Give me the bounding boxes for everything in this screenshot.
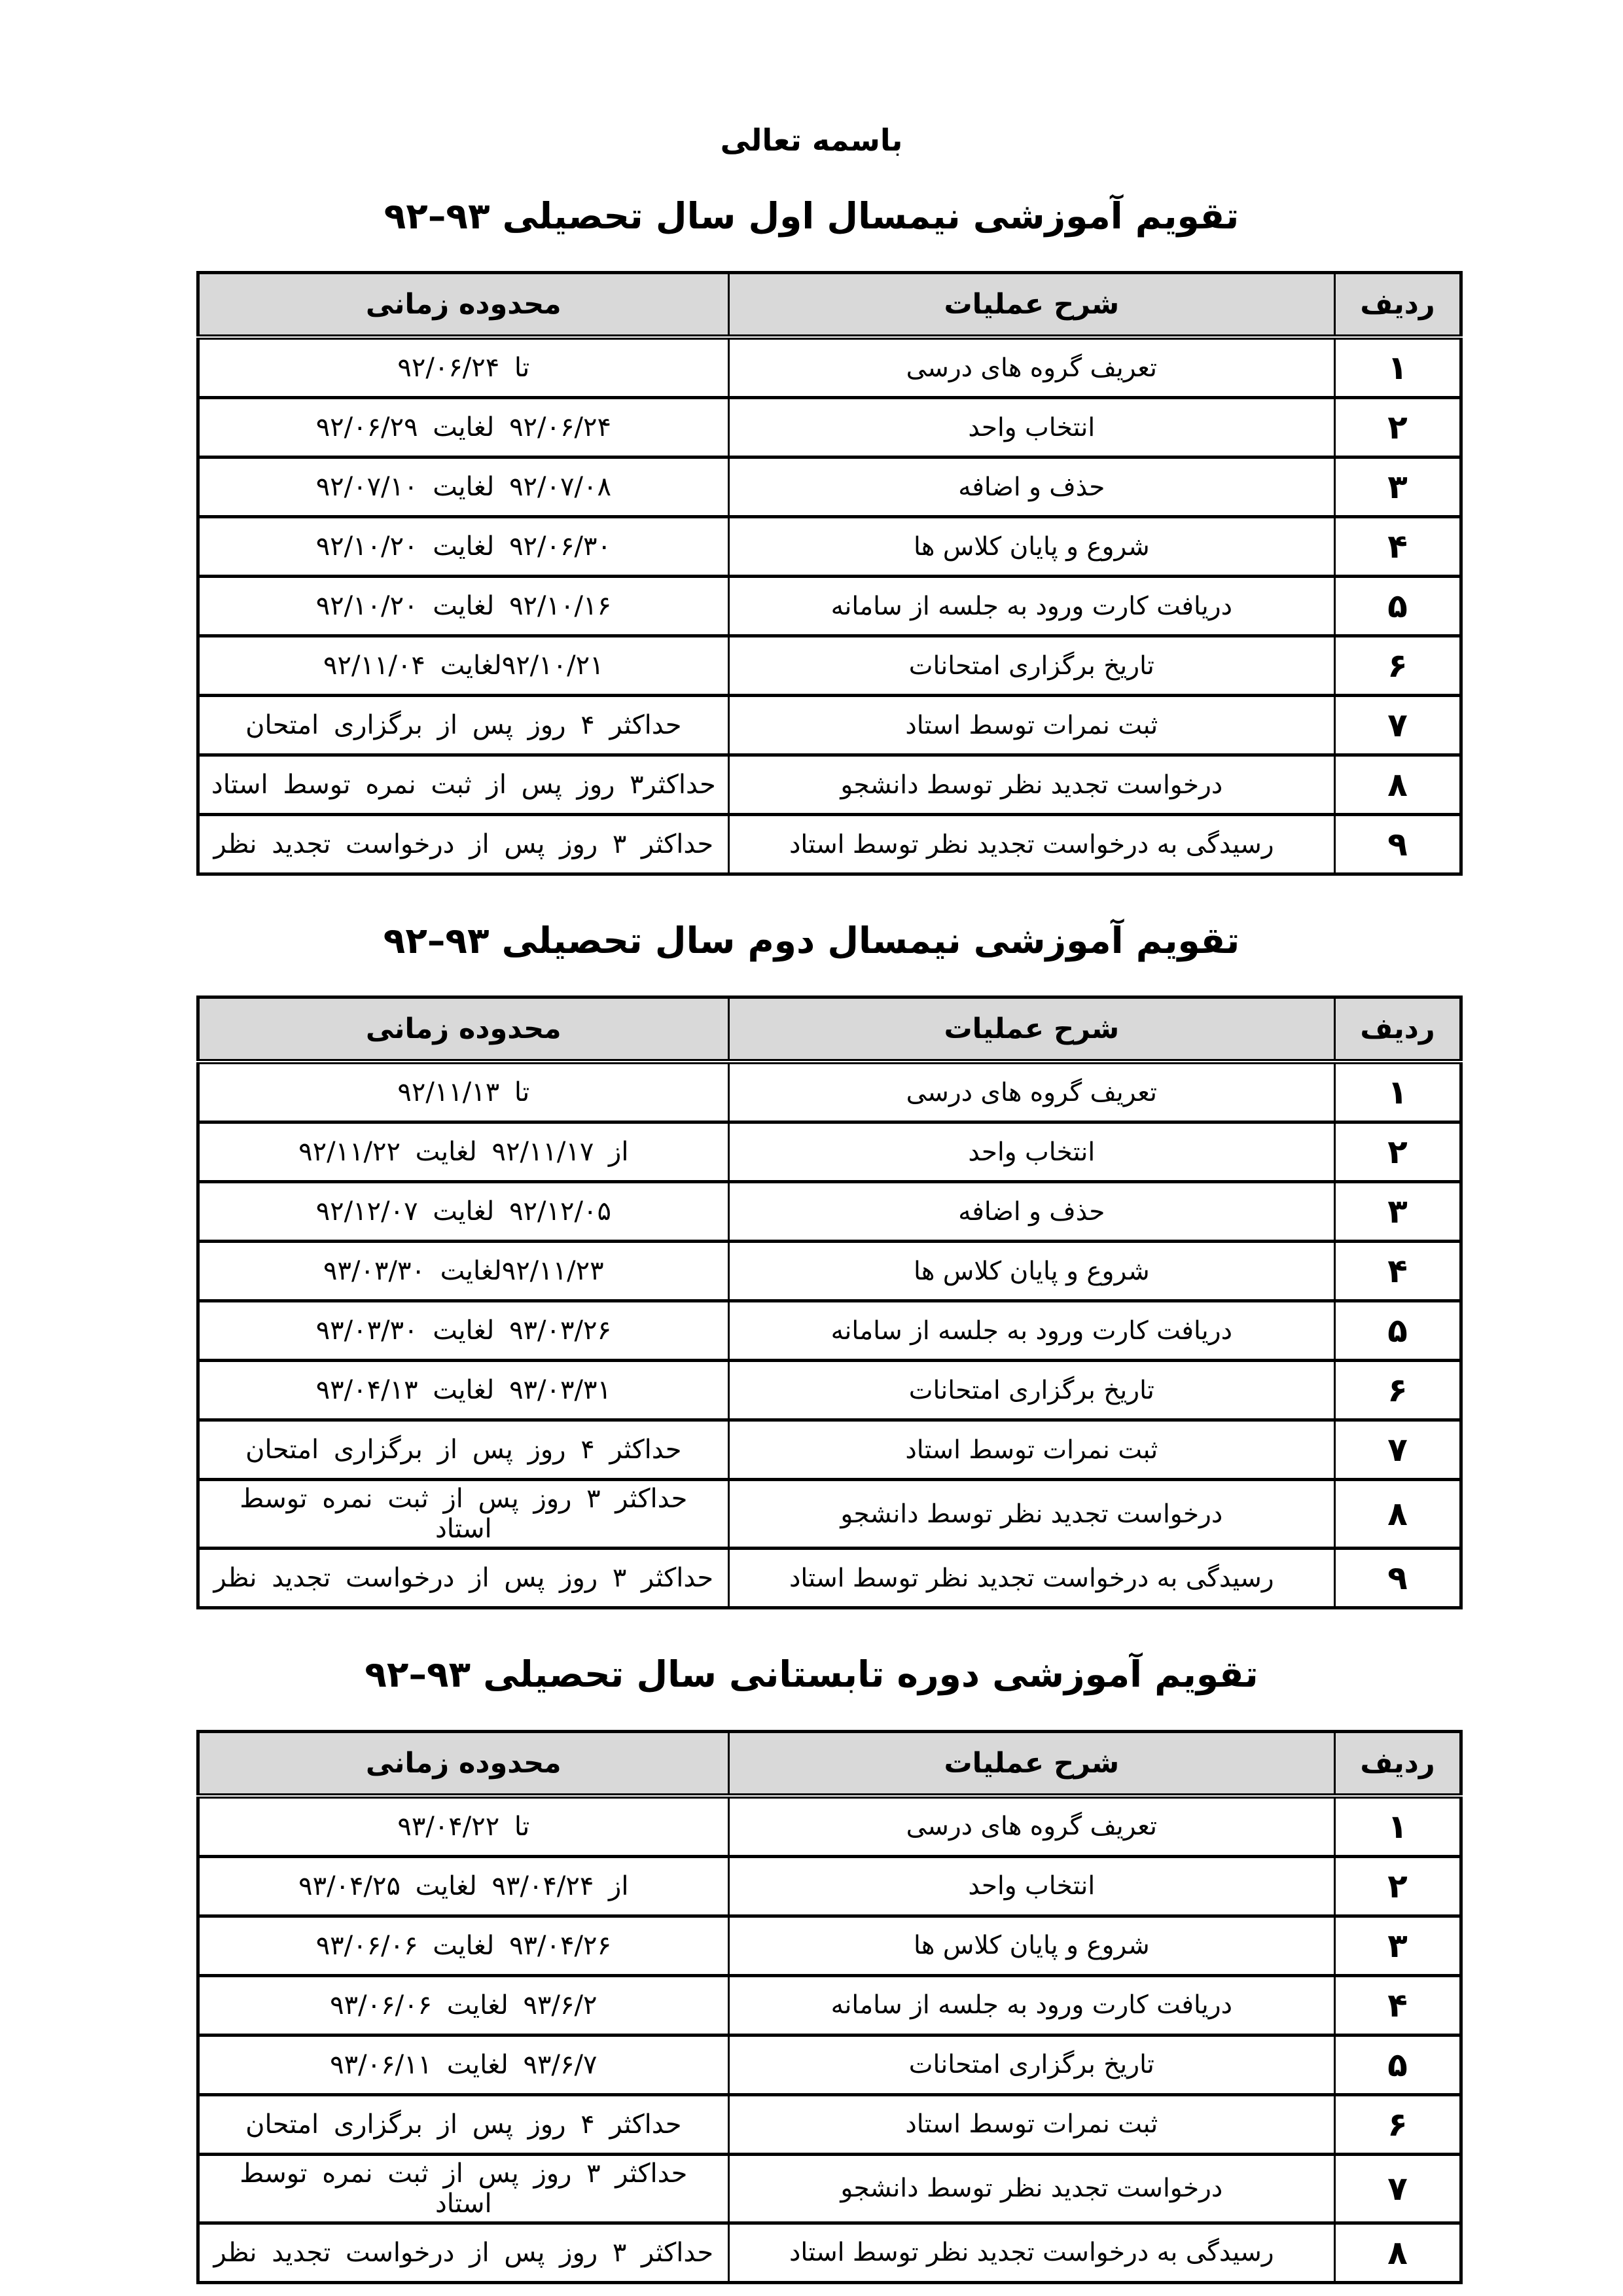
time-cell: ۹۳/۰۳/۲۶ لغایت ۹۳/۰۳/۳۰ <box>198 1301 729 1361</box>
time-cell: ۹۲/۱۰/۱۶ لغایت ۹۲/۱۰/۲۰ <box>198 577 729 636</box>
row-number-cell: ۸ <box>1335 2223 1461 2282</box>
table-row: ۲ انتخاب واحد از ۹۳/۰۴/۲۴ لغایت ۹۳/۰۴/۲۵ <box>198 1856 1461 1916</box>
row-number-cell: ۲ <box>1335 1122 1461 1182</box>
time-cell: ۹۲/۱۲/۰۵ لغایت ۹۲/۱۲/۰۷ <box>198 1182 729 1242</box>
table-row: ۹ رسیدگی به درخواست تجدید نظر توسط استاد… <box>198 815 1461 874</box>
table-title-summer: تقویم آموزشی دوره تابستانی سال تحصیلی ۹۳… <box>0 1654 1623 1695</box>
table-row: ۶ تاریخ برگزاری امتحانات ۹۲/۱۰/۲۱لغایت ۹… <box>198 636 1461 696</box>
table-row: ۷ ثبت نمرات توسط استاد حداکثر ۴ روز پس ا… <box>198 696 1461 755</box>
column-header-time-range: محدوده زمانی <box>198 273 729 338</box>
time-cell: حداکثر ۳ روز پس از درخواست تجدید نظر <box>198 2223 729 2282</box>
operation-cell: تاریخ برگزاری امتحانات <box>728 2035 1334 2094</box>
table-row: ۱ تعریف گروه های درسی تا ۹۲/۰۶/۲۴ <box>198 337 1461 398</box>
operation-cell: انتخاب واحد <box>728 1122 1334 1182</box>
table-title-semester-2: تقویم آموزشی نیمسال دوم سال تحصیلی ۹۳–۹۲ <box>0 920 1623 961</box>
calendar-table-semester-1: ردیف شرح عملیات محدوده زمانی ۱ تعریف گرو… <box>196 271 1463 876</box>
table-row: ۳ حذف و اضافه ۹۲/۰۷/۰۸ لغایت ۹۲/۰۷/۱۰ <box>198 457 1461 517</box>
row-number-cell: ۱ <box>1335 337 1461 398</box>
time-cell: ۹۲/۰۷/۰۸ لغایت ۹۲/۰۷/۱۰ <box>198 457 729 517</box>
time-cell: ۹۲/۱۱/۲۳لغایت ۹۳/۰۳/۳۰ <box>198 1242 729 1301</box>
time-cell: حداکثر ۳ روز پس از ثبت نمره توسط استاد <box>198 1480 729 1549</box>
header-row: ردیف شرح عملیات محدوده زمانی <box>198 1731 1461 1796</box>
header-row: ردیف شرح عملیات محدوده زمانی <box>198 997 1461 1062</box>
time-cell: تا ۹۳/۰۴/۲۲ <box>198 1796 729 1857</box>
operation-cell: حذف و اضافه <box>728 1182 1334 1242</box>
time-cell: حداکثر ۴ روز پس از برگزاری امتحان <box>198 2094 729 2154</box>
row-number-cell: ۹ <box>1335 815 1461 874</box>
table-row: ۵ دریافت کارت ورود به جلسه از سامانه ۹۲/… <box>198 577 1461 636</box>
row-number-cell: ۸ <box>1335 1480 1461 1549</box>
operation-cell: تعریف گروه های درسی <box>728 337 1334 398</box>
time-cell: تا ۹۲/۰۶/۲۴ <box>198 337 729 398</box>
operation-cell: تاریخ برگزاری امتحانات <box>728 636 1334 696</box>
bismillah-heading: باسمه تعالی <box>0 123 1623 158</box>
table-row: ۵ دریافت کارت ورود به جلسه از سامانه ۹۳/… <box>198 1301 1461 1361</box>
operation-cell: شروع و پایان کلاس ها <box>728 1242 1334 1301</box>
row-number-cell: ۵ <box>1335 2035 1461 2094</box>
column-header-operation: شرح عملیات <box>728 997 1334 1062</box>
time-cell: حداکثر ۳ روز پس از درخواست تجدید نظر <box>198 815 729 874</box>
row-number-cell: ۳ <box>1335 457 1461 517</box>
row-number-cell: ۴ <box>1335 517 1461 577</box>
time-cell: ۹۳/۶/۲ لغایت ۹۳/۰۶/۰۶ <box>198 1975 729 2035</box>
time-cell: ۹۳/۰۳/۳۱ لغایت ۹۳/۰۴/۱۳ <box>198 1361 729 1420</box>
operation-cell: ثبت نمرات توسط استاد <box>728 2094 1334 2154</box>
table-row: ۶ ثبت نمرات توسط استاد حداکثر ۴ روز پس ا… <box>198 2094 1461 2154</box>
table-row: ۳ حذف و اضافه ۹۲/۱۲/۰۵ لغایت ۹۲/۱۲/۰۷ <box>198 1182 1461 1242</box>
column-header-row-number: ردیف <box>1335 1731 1461 1796</box>
table-row: ۵ تاریخ برگزاری امتحانات ۹۳/۶/۷ لغایت ۹۳… <box>198 2035 1461 2094</box>
row-number-cell: ۱ <box>1335 1062 1461 1122</box>
calendar-table-summer: ردیف شرح عملیات محدوده زمانی ۱ تعریف گرو… <box>196 1730 1463 2284</box>
time-cell: حداکثر ۳ روز پس از درخواست تجدید نظر <box>198 1549 729 1608</box>
table-row: ۹ رسیدگی به درخواست تجدید نظر توسط استاد… <box>198 1549 1461 1608</box>
time-cell: از ۹۳/۰۴/۲۴ لغایت ۹۳/۰۴/۲۵ <box>198 1856 729 1916</box>
operation-cell: ثبت نمرات توسط استاد <box>728 1420 1334 1480</box>
time-cell: حداکثر۳ روز پس از ثبت نمره توسط استاد <box>198 755 729 815</box>
time-cell: حداکثر ۳ روز پس از ثبت نمره توسط استاد <box>198 2154 729 2223</box>
table-row: ۴ شروع و پایان کلاس ها ۹۲/۱۱/۲۳لغایت ۹۳/… <box>198 1242 1461 1301</box>
row-number-cell: ۶ <box>1335 1361 1461 1420</box>
column-header-row-number: ردیف <box>1335 273 1461 338</box>
calendar-table-semester-2: ردیف شرح عملیات محدوده زمانی ۱ تعریف گرو… <box>196 996 1463 1609</box>
operation-cell: تعریف گروه های درسی <box>728 1796 1334 1857</box>
operation-cell: رسیدگی به درخواست تجدید نظر توسط استاد <box>728 815 1334 874</box>
time-cell: حداکثر ۴ روز پس از برگزاری امتحان <box>198 1420 729 1480</box>
table-row: ۲ انتخاب واحد از ۹۲/۱۱/۱۷ لغایت ۹۲/۱۱/۲۲ <box>198 1122 1461 1182</box>
operation-cell: رسیدگی به درخواست تجدید نظر توسط استاد <box>728 1549 1334 1608</box>
operation-cell: دریافت کارت ورود به جلسه از سامانه <box>728 577 1334 636</box>
row-number-cell: ۸ <box>1335 755 1461 815</box>
operation-cell: دریافت کارت ورود به جلسه از سامانه <box>728 1301 1334 1361</box>
column-header-time-range: محدوده زمانی <box>198 997 729 1062</box>
row-number-cell: ۲ <box>1335 1856 1461 1916</box>
time-cell: ۹۳/۰۴/۲۶ لغایت ۹۳/۰۶/۰۶ <box>198 1916 729 1975</box>
operation-cell: تاریخ برگزاری امتحانات <box>728 1361 1334 1420</box>
column-header-operation: شرح عملیات <box>728 273 1334 338</box>
table-row: ۲ انتخاب واحد ۹۲/۰۶/۲۴ لغایت ۹۲/۰۶/۲۹ <box>198 398 1461 457</box>
time-cell: ۹۲/۱۰/۲۱لغایت ۹۲/۱۱/۰۴ <box>198 636 729 696</box>
column-header-row-number: ردیف <box>1335 997 1461 1062</box>
table-row: ۴ شروع و پایان کلاس ها ۹۲/۰۶/۳۰ لغایت ۹۲… <box>198 517 1461 577</box>
table-title-semester-1: تقویم آموزشی نیمسال اول سال تحصیلی ۹۳–۹۲ <box>0 196 1623 237</box>
row-number-cell: ۷ <box>1335 2154 1461 2223</box>
table-row: ۶ تاریخ برگزاری امتحانات ۹۳/۰۳/۳۱ لغایت … <box>198 1361 1461 1420</box>
time-cell: ۹۲/۰۶/۲۴ لغایت ۹۲/۰۶/۲۹ <box>198 398 729 457</box>
table-row: ۷ درخواست تجدید نظر توسط دانشجو حداکثر ۳… <box>198 2154 1461 2223</box>
time-cell: حداکثر ۴ روز پس از برگزاری امتحان <box>198 696 729 755</box>
row-number-cell: ۴ <box>1335 1975 1461 2035</box>
operation-cell: شروع و پایان کلاس ها <box>728 1916 1334 1975</box>
row-number-cell: ۴ <box>1335 1242 1461 1301</box>
row-number-cell: ۶ <box>1335 2094 1461 2154</box>
time-cell: ۹۳/۶/۷ لغایت ۹۳/۰۶/۱۱ <box>198 2035 729 2094</box>
operation-cell: ثبت نمرات توسط استاد <box>728 696 1334 755</box>
row-number-cell: ۳ <box>1335 1182 1461 1242</box>
time-cell: ۹۲/۰۶/۳۰ لغایت ۹۲/۱۰/۲۰ <box>198 517 729 577</box>
document-page: باسمه تعالی تقویم آموزشی نیمسال اول سال … <box>0 0 1623 2296</box>
table-row: ۸ رسیدگی به درخواست تجدید نظر توسط استاد… <box>198 2223 1461 2282</box>
table-row: ۳ شروع و پایان کلاس ها ۹۳/۰۴/۲۶ لغایت ۹۳… <box>198 1916 1461 1975</box>
operation-cell: انتخاب واحد <box>728 1856 1334 1916</box>
table-row: ۷ ثبت نمرات توسط استاد حداکثر ۴ روز پس ا… <box>198 1420 1461 1480</box>
operation-cell: درخواست تجدید نظر توسط دانشجو <box>728 1480 1334 1549</box>
row-number-cell: ۹ <box>1335 1549 1461 1608</box>
operation-cell: درخواست تجدید نظر توسط دانشجو <box>728 755 1334 815</box>
row-number-cell: ۵ <box>1335 577 1461 636</box>
header-row: ردیف شرح عملیات محدوده زمانی <box>198 273 1461 338</box>
table-row: ۴ دریافت کارت ورود به جلسه از سامانه ۹۳/… <box>198 1975 1461 2035</box>
table-row: ۱ تعریف گروه های درسی تا ۹۳/۰۴/۲۲ <box>198 1796 1461 1857</box>
table-row: ۸ درخواست تجدید نظر توسط دانشجو حداکثر ۳… <box>198 1480 1461 1549</box>
row-number-cell: ۷ <box>1335 1420 1461 1480</box>
operation-cell: دریافت کارت ورود به جلسه از سامانه <box>728 1975 1334 2035</box>
row-number-cell: ۲ <box>1335 398 1461 457</box>
operation-cell: انتخاب واحد <box>728 398 1334 457</box>
row-number-cell: ۱ <box>1335 1796 1461 1857</box>
column-header-time-range: محدوده زمانی <box>198 1731 729 1796</box>
operation-cell: درخواست تجدید نظر توسط دانشجو <box>728 2154 1334 2223</box>
column-header-operation: شرح عملیات <box>728 1731 1334 1796</box>
operation-cell: شروع و پایان کلاس ها <box>728 517 1334 577</box>
table-row: ۱ تعریف گروه های درسی تا ۹۲/۱۱/۱۳ <box>198 1062 1461 1122</box>
time-cell: از ۹۲/۱۱/۱۷ لغایت ۹۲/۱۱/۲۲ <box>198 1122 729 1182</box>
table-row: ۸ درخواست تجدید نظر توسط دانشجو حداکثر۳ … <box>198 755 1461 815</box>
operation-cell: تعریف گروه های درسی <box>728 1062 1334 1122</box>
time-cell: تا ۹۲/۱۱/۱۳ <box>198 1062 729 1122</box>
row-number-cell: ۳ <box>1335 1916 1461 1975</box>
operation-cell: رسیدگی به درخواست تجدید نظر توسط استاد <box>728 2223 1334 2282</box>
operation-cell: حذف و اضافه <box>728 457 1334 517</box>
row-number-cell: ۷ <box>1335 696 1461 755</box>
row-number-cell: ۶ <box>1335 636 1461 696</box>
row-number-cell: ۵ <box>1335 1301 1461 1361</box>
